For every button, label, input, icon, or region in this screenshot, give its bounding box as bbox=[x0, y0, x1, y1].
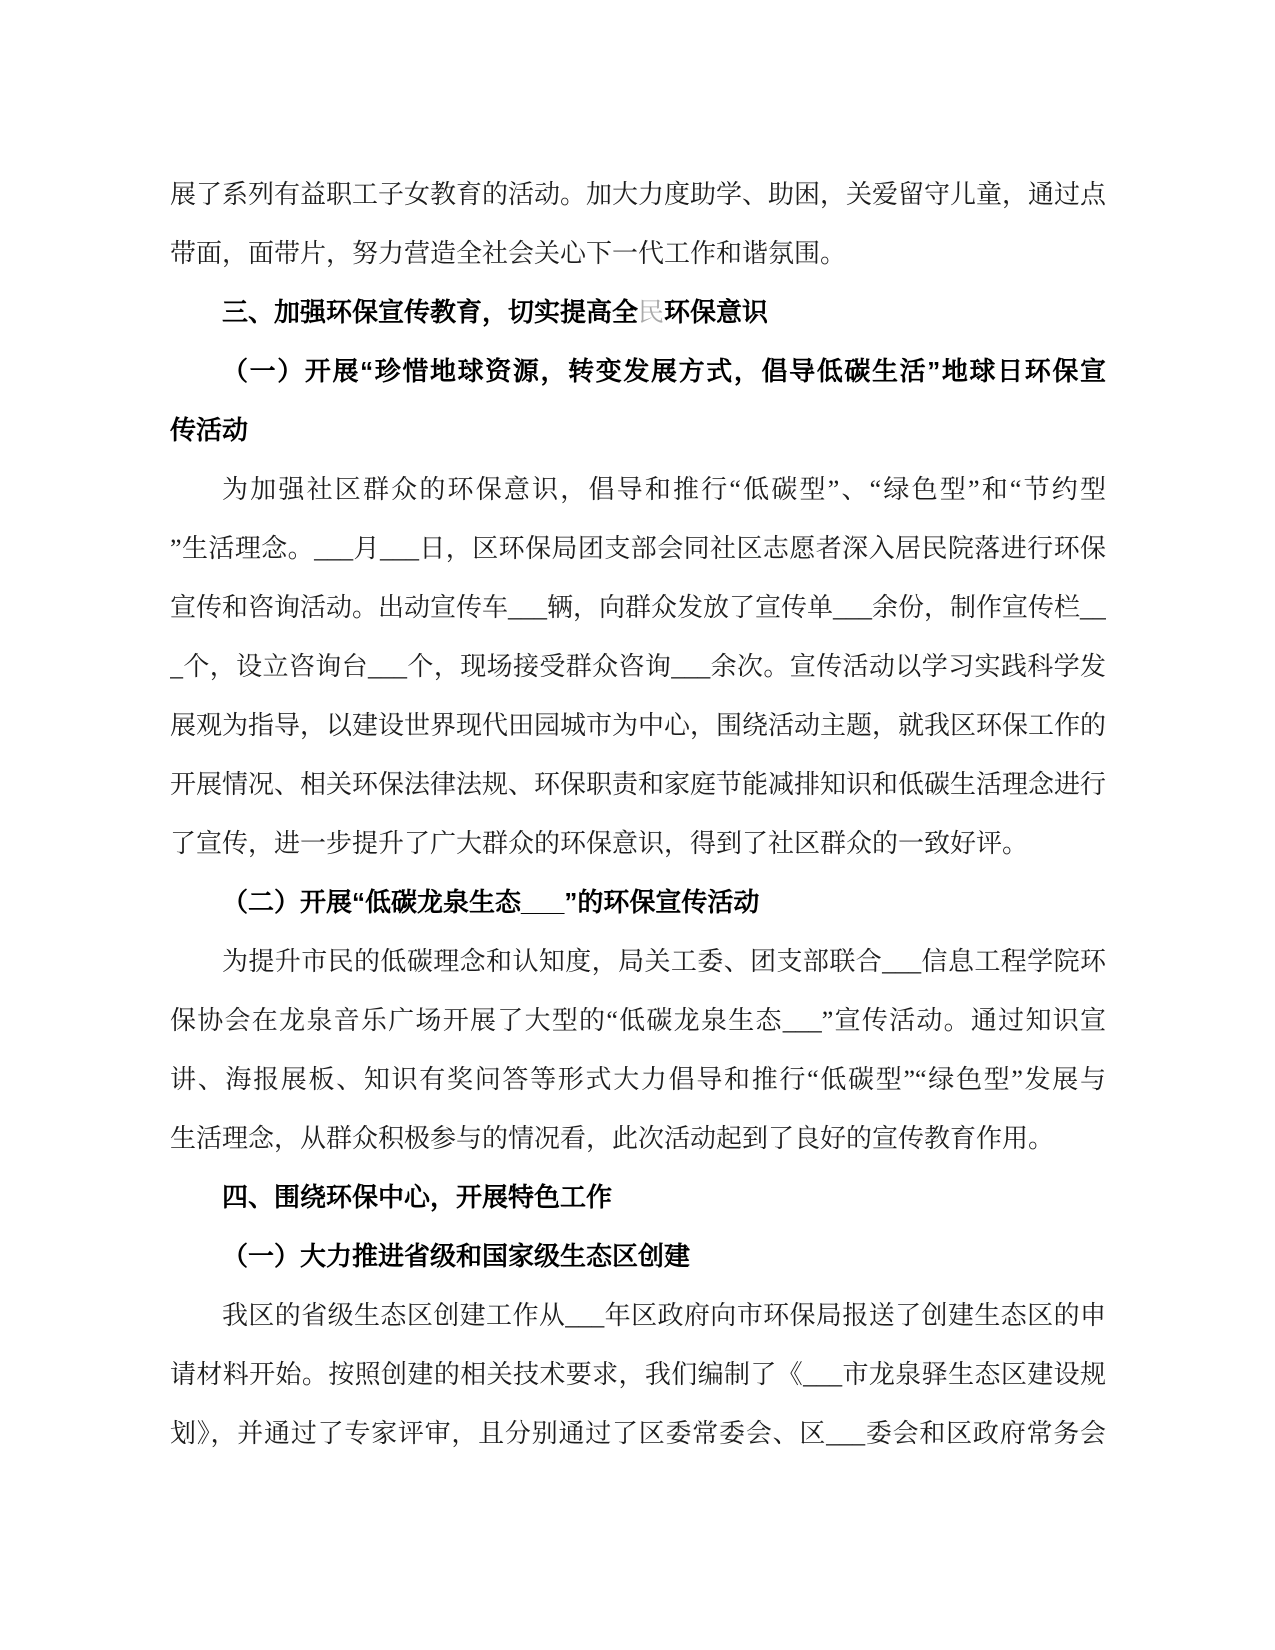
paragraph-line: 保协会在龙泉音乐广场开展了大型的“低碳龙泉生态___”宣传活动。通过知识宣 bbox=[170, 991, 1106, 1050]
paragraph-line: 展了系列有益职工子女教育的活动。加大力度助学、助困，关爱留守儿童，通过点 bbox=[170, 165, 1106, 224]
heading-muted-character: 民 bbox=[638, 297, 664, 327]
paragraph-line: 生活理念，从群众积极参与的情况看，此次活动起到了良好的宣传教育作用。 bbox=[170, 1109, 1106, 1168]
heading-subsection-one-wrap: 传活动 bbox=[170, 401, 1106, 460]
document-page: 展了系列有益职工子女教育的活动。加大力度助学、助困，关爱留守儿童，通过点 带面，… bbox=[0, 0, 1275, 1650]
paragraph-line: 划》，并通过了专家评审，且分别通过了区委常委会、区___委会和区政府常务会 bbox=[170, 1404, 1106, 1463]
heading-section-four: 四、围绕环保中心，开展特色工作 bbox=[170, 1168, 1106, 1227]
paragraph-line: 开展情况、相关环保法律法规、环保职责和家庭节能减排知识和低碳生活理念进行 bbox=[170, 755, 1106, 814]
paragraph-line: 展观为指导，以建设世界现代田园城市为中心，围绕活动主题，就我区环保工作的 bbox=[170, 696, 1106, 755]
heading-text-suffix: 环保意识 bbox=[664, 297, 768, 327]
paragraph-line: 讲、海报展板、知识有奖问答等形式大力倡导和推行“低碳型”“绿色型”发展与 bbox=[170, 1050, 1106, 1109]
paragraph-line: ”生活理念。___月___日，区环保局团支部会同社区志愿者深入居民院落进行环保 bbox=[170, 519, 1106, 578]
heading-subsection-one: （一）开展“珍惜地球资源，转变发展方式，倡导低碳生活”地球日环保宣 bbox=[170, 342, 1106, 401]
paragraph-line: _个，设立咨询台___个，现场接受群众咨询___余次。宣传活动以学习实践科学发 bbox=[170, 637, 1106, 696]
paragraph-line: 了宣传，进一步提升了广大群众的环保意识，得到了社区群众的一致好评。 bbox=[170, 814, 1106, 873]
paragraph-line: 为提升市民的低碳理念和认知度，局关工委、团支部联合___信息工程学院环 bbox=[170, 932, 1106, 991]
paragraph-line: 我区的省级生态区创建工作从___年区政府向市环保局报送了创建生态区的申 bbox=[170, 1286, 1106, 1345]
heading-subsection-one-eco: （一）大力推进省级和国家级生态区创建 bbox=[170, 1227, 1106, 1286]
heading-section-three: 三、加强环保宣传教育，切实提高全民环保意识 bbox=[170, 283, 1106, 342]
paragraph-line: 为加强社区群众的环保意识，倡导和推行“低碳型”、“绿色型”和“节约型 bbox=[170, 460, 1106, 519]
paragraph-line: 宣传和咨询活动。出动宣传车___辆，向群众发放了宣传单___余份，制作宣传栏__ bbox=[170, 578, 1106, 637]
heading-subsection-two: （二）开展“低碳龙泉生态___”的环保宣传活动 bbox=[170, 873, 1106, 932]
document-body: 展了系列有益职工子女教育的活动。加大力度助学、助困，关爱留守儿童，通过点 带面，… bbox=[170, 165, 1106, 1463]
paragraph-line: 请材料开始。按照创建的相关技术要求，我们编制了《___市龙泉驿生态区建设规 bbox=[170, 1345, 1106, 1404]
paragraph-line: 带面，面带片，努力营造全社会关心下一代工作和谐氛围。 bbox=[170, 224, 1106, 283]
heading-text-prefix: 三、加强环保宣传教育，切实提高全 bbox=[222, 297, 638, 327]
